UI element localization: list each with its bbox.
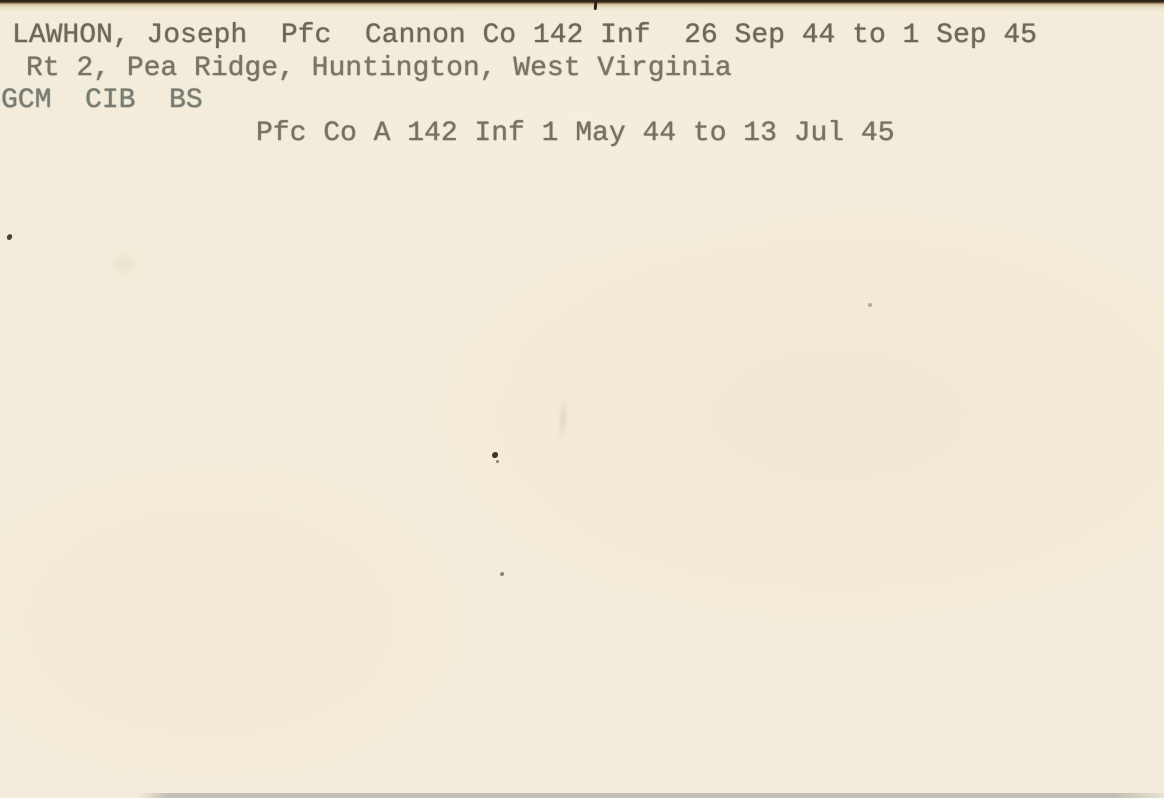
typed-line-name-rank-unit-dates: LAWHON, Joseph Pfc Cannon Co 142 Inf 26 … [12, 20, 1037, 52]
ink-speck [868, 303, 872, 307]
paper-smudge [103, 248, 145, 280]
index-card: LAWHON, Joseph Pfc Cannon Co 142 Inf 26 … [0, 0, 1164, 798]
ink-speck [6, 233, 13, 240]
ink-speck [500, 572, 504, 576]
typed-line-awards: GCM CIB BS [1, 85, 203, 117]
ink-speck [492, 452, 498, 458]
paper-crease-mark [555, 390, 571, 449]
typed-line-prior-service: Pfc Co A 142 Inf 1 May 44 to 13 Jul 45 [256, 118, 895, 150]
scan-top-edge-shadow [0, 0, 1164, 11]
typed-line-address: Rt 2, Pea Ridge, Huntington, West Virgin… [26, 53, 732, 85]
scan-artifact-tick [594, 1, 598, 10]
scan-bottom-edge [138, 793, 1164, 798]
ink-speck [496, 460, 499, 463]
